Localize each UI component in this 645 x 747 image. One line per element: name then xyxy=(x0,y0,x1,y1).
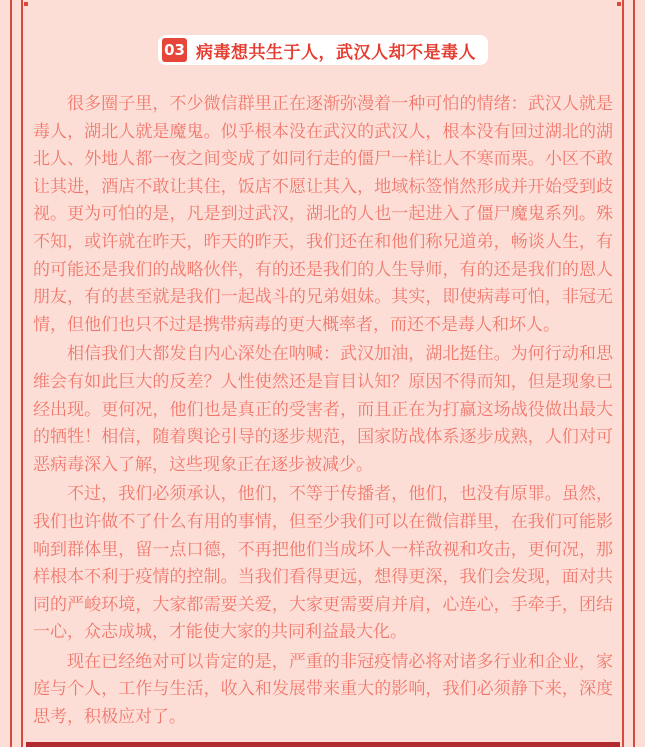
frame-line-right-outer xyxy=(633,0,635,747)
frame-line-right-inner xyxy=(622,0,624,747)
frame-line-left-outer xyxy=(10,0,12,747)
paragraph-1: 很多圈子里，不少微信群里正在逐渐弥漫着一种可怕的情绪：武汉人就是毒人，湖北人就是… xyxy=(33,91,613,339)
frame-line-left-inner xyxy=(21,0,23,747)
section-title: 病毒想共生于人，武汉人却不是毒人 xyxy=(196,38,476,63)
footer-divider-bar xyxy=(26,742,620,747)
paragraph-2: 相信我们大都发自内心深处在呐喊：武汉加油，湖北挺住。为何行动和思维会有如此巨大的… xyxy=(33,341,613,479)
corner-dot-top-right xyxy=(617,2,621,6)
article-body: 很多圈子里，不少微信群里正在逐渐弥漫着一种可怕的情绪：武汉人就是毒人，湖北人就是… xyxy=(33,91,613,732)
article-content: 03 病毒想共生于人，武汉人却不是毒人 很多圈子里，不少微信群里正在逐渐弥漫着一… xyxy=(33,0,613,732)
article-page: 03 病毒想共生于人，武汉人却不是毒人 很多圈子里，不少微信群里正在逐渐弥漫着一… xyxy=(0,0,645,747)
section-title-pill: 03 病毒想共生于人，武汉人却不是毒人 xyxy=(158,35,488,65)
section-number-badge: 03 xyxy=(162,38,187,62)
paragraph-4: 现在已经绝对可以肯定的是，严重的非冠疫情必将对诸多行业和企业，家庭与个人，工作与… xyxy=(33,649,613,732)
paragraph-3: 不过，我们必须承认，他们，不等于传播者，他们，也没有原罪。虽然，我们也许做不了什… xyxy=(33,481,613,647)
corner-dot-top-left xyxy=(24,2,28,6)
section-header: 03 病毒想共生于人，武汉人却不是毒人 xyxy=(33,35,613,65)
